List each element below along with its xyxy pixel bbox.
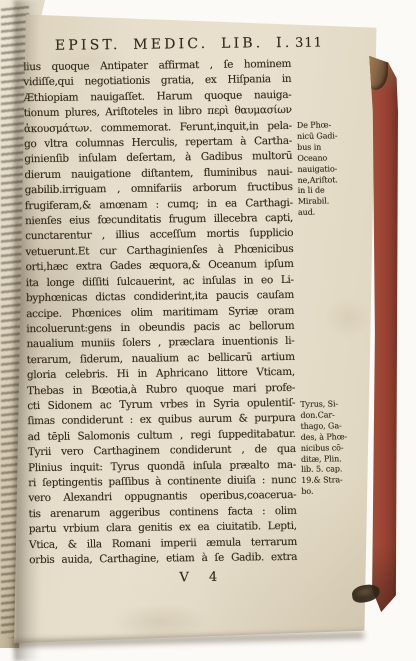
margin-note-tyre-sidon-carthage: Tyrus, Si- don.Car- thago, Ga- des, à Ph… [300, 399, 359, 498]
signature-mark: V 4 [138, 569, 258, 585]
page-number: 311 [295, 36, 323, 51]
page-content: EPIST. MEDIC. LIB. I. 311 lius quoque An… [0, 0, 416, 661]
body-text: lius quoque Antipater affirmat , ſe homi… [23, 57, 297, 569]
margin-note-phoenician-navigation: De Phœ- nicū Gadi- bus in Oceano nauigat… [297, 120, 356, 219]
book-photo-scene: EPIST. MEDIC. LIB. I. 311 lius quoque An… [0, 0, 416, 661]
running-head: EPIST. MEDIC. LIB. I. 311 [55, 35, 323, 54]
running-head-title: EPIST. MEDIC. LIB. I. [55, 35, 293, 54]
